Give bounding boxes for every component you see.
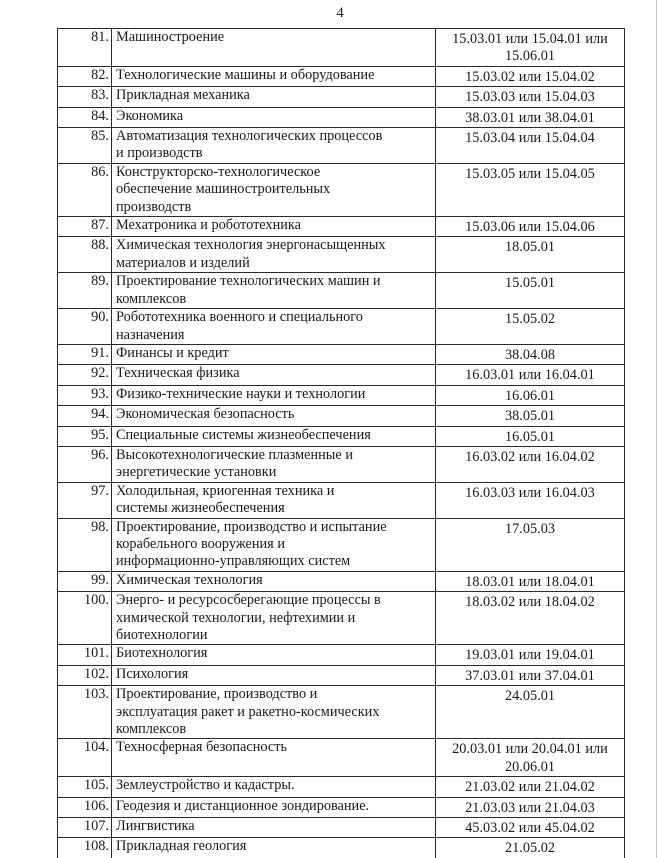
specialty-code: 15.03.04 или 15.04.04 (436, 128, 625, 164)
specialty-name: Химическая технология энергонасыщенных м… (112, 237, 436, 273)
table-row: 98. Проектирование, производство и испыт… (58, 518, 625, 571)
specialty-name: Специальные системы жизнеобеспечения (112, 426, 436, 446)
specialty-name: Технологические машины и оборудование (112, 66, 436, 86)
table-row: 100. Энерго- и ресурсосберегающие процес… (58, 592, 625, 645)
specialty-name: Экономическая безопасность (112, 406, 436, 426)
specialty-code: 21.05.02 (436, 838, 625, 858)
table-row: 88. Химическая технология энергонасыщенн… (58, 237, 625, 273)
table-row: 84. Экономика 38.03.01 или 38.04.01 (58, 107, 625, 127)
specialty-name: Высокотехнологические плазменные и энерг… (112, 446, 436, 482)
table-row: 81. Машиностроение 15.03.01 или 15.04.01… (58, 29, 625, 67)
specialty-code: 21.03.03 или 21.04.03 (436, 797, 625, 817)
row-number: 104. (58, 739, 112, 777)
specialty-code: 18.03.01 или 18.04.01 (436, 571, 625, 591)
specialty-name: Проектирование технологических машин и к… (112, 273, 436, 309)
specialty-name: Психология (112, 665, 436, 685)
specialty-name: Прикладная механика (112, 87, 436, 107)
specialty-code: 15.05.01 (436, 273, 625, 309)
specialty-name: Экономика (112, 107, 436, 127)
table-row: 103. Проектирование, производство и эксп… (58, 686, 625, 739)
specialty-name: Машиностроение (112, 29, 436, 67)
row-number: 106. (58, 797, 112, 817)
table-row: 97. Холодильная, криогенная техника и си… (58, 482, 625, 518)
specialty-code: 18.03.02 или 18.04.02 (436, 592, 625, 645)
table-row: 83. Прикладная механика 15.03.03 или 15.… (58, 87, 625, 107)
specialty-name: Техническая физика (112, 365, 436, 385)
specialty-name: Лингвистика (112, 818, 436, 838)
table-row: 101. Биотехнология 19.03.01 или 19.04.01 (58, 645, 625, 665)
specialty-name: Техносферная безопасность (112, 739, 436, 777)
row-number: 92. (58, 365, 112, 385)
specialty-code: 18.05.01 (436, 237, 625, 273)
specialty-code: 38.05.01 (436, 406, 625, 426)
table-row: 86. Конструкторско-технологическое обесп… (58, 163, 625, 216)
row-number: 90. (58, 309, 112, 345)
specialty-code: 38.03.01 или 38.04.01 (436, 107, 625, 127)
table-row: 85. Автоматизация технологических процес… (58, 128, 625, 164)
specialty-name: Геодезия и дистанционное зондирование. (112, 797, 436, 817)
specialty-name: Холодильная, криогенная техника и систем… (112, 482, 436, 518)
specialty-name: Автоматизация технологических процессов … (112, 128, 436, 164)
row-number: 81. (58, 29, 112, 67)
specialty-code: 15.05.02 (436, 309, 625, 345)
specialty-code: 16.06.01 (436, 385, 625, 405)
specialty-name: Прикладная геология (112, 838, 436, 858)
specialty-code: 17.05.03 (436, 518, 625, 571)
specialties-table: 81. Машиностроение 15.03.01 или 15.04.01… (57, 28, 625, 858)
specialty-name: Мехатроника и робототехника (112, 217, 436, 237)
table-row: 95. Специальные системы жизнеобеспечения… (58, 426, 625, 446)
row-number: 105. (58, 777, 112, 797)
specialty-code: 37.03.01 или 37.04.01 (436, 665, 625, 685)
specialty-code: 19.03.01 или 19.04.01 (436, 645, 625, 665)
table-body: 81. Машиностроение 15.03.01 или 15.04.01… (58, 29, 625, 858)
row-number: 82. (58, 66, 112, 86)
specialty-code: 15.03.01 или 15.04.01 или 15.06.01 (436, 29, 625, 67)
row-number: 102. (58, 665, 112, 685)
table-row: 105. Землеустройство и кадастры. 21.03.0… (58, 777, 625, 797)
specialty-code: 16.05.01 (436, 426, 625, 446)
specialty-code: 15.03.02 или 15.04.02 (436, 66, 625, 86)
specialty-code: 16.03.03 или 16.04.03 (436, 482, 625, 518)
specialty-code: 16.03.02 или 16.04.02 (436, 446, 625, 482)
table-row: 89. Проектирование технологических машин… (58, 273, 625, 309)
row-number: 89. (58, 273, 112, 309)
table-row: 82. Технологические машины и оборудовани… (58, 66, 625, 86)
table-row: 108. Прикладная геология 21.05.02 (58, 838, 625, 858)
row-number: 98. (58, 518, 112, 571)
specialty-code: 15.03.03 или 15.04.03 (436, 87, 625, 107)
specialty-code: 38.04.08 (436, 344, 625, 364)
row-number: 86. (58, 163, 112, 216)
specialty-name: Проектирование, производство и испытание… (112, 518, 436, 571)
specialty-name: Робототехника военного и специального на… (112, 309, 436, 345)
specialty-name: Финансы и кредит (112, 344, 436, 364)
row-number: 88. (58, 237, 112, 273)
row-number: 97. (58, 482, 112, 518)
specialty-name: Физико-технические науки и технологии (112, 385, 436, 405)
table-row: 104. Техносферная безопасность 20.03.01 … (58, 739, 625, 777)
table-row: 87. Мехатроника и робототехника 15.03.06… (58, 217, 625, 237)
row-number: 93. (58, 385, 112, 405)
page-edge (656, 0, 657, 858)
specialty-name: Биотехнология (112, 645, 436, 665)
table-row: 93. Физико-технические науки и технологи… (58, 385, 625, 405)
row-number: 101. (58, 645, 112, 665)
specialty-code: 45.03.02 или 45.04.02 (436, 818, 625, 838)
table-row: 90. Робототехника военного и специальног… (58, 309, 625, 345)
row-number: 91. (58, 344, 112, 364)
page-number: 4 (0, 4, 659, 22)
table-row: 99. Химическая технология 18.03.01 или 1… (58, 571, 625, 591)
row-number: 84. (58, 107, 112, 127)
specialty-code: 16.03.01 или 16.04.01 (436, 365, 625, 385)
table-row: 96. Высокотехнологические плазменные и э… (58, 446, 625, 482)
specialty-code: 20.03.01 или 20.04.01 или 20.06.01 (436, 739, 625, 777)
row-number: 96. (58, 446, 112, 482)
specialty-code: 24.05.01 (436, 686, 625, 739)
table-row: 91. Финансы и кредит 38.04.08 (58, 344, 625, 364)
specialty-name: Землеустройство и кадастры. (112, 777, 436, 797)
table-row: 107. Лингвистика 45.03.02 или 45.04.02 (58, 818, 625, 838)
row-number: 83. (58, 87, 112, 107)
specialty-code: 15.03.05 или 15.04.05 (436, 163, 625, 216)
row-number: 94. (58, 406, 112, 426)
table-row: 94. Экономическая безопасность 38.05.01 (58, 406, 625, 426)
specialty-name: Химическая технология (112, 571, 436, 591)
table-row: 102. Психология 37.03.01 или 37.04.01 (58, 665, 625, 685)
row-number: 99. (58, 571, 112, 591)
table-row: 106. Геодезия и дистанционное зондирован… (58, 797, 625, 817)
row-number: 107. (58, 818, 112, 838)
specialty-name: Энерго- и ресурсосберегающие процессы в … (112, 592, 436, 645)
specialty-name: Конструкторско-технологическое обеспечен… (112, 163, 436, 216)
specialty-code: 15.03.06 или 15.04.06 (436, 217, 625, 237)
row-number: 100. (58, 592, 112, 645)
row-number: 85. (58, 128, 112, 164)
row-number: 103. (58, 686, 112, 739)
row-number: 87. (58, 217, 112, 237)
specialty-code: 21.03.02 или 21.04.02 (436, 777, 625, 797)
specialty-name: Проектирование, производство и эксплуата… (112, 686, 436, 739)
row-number: 95. (58, 426, 112, 446)
row-number: 108. (58, 838, 112, 858)
table-row: 92. Техническая физика 16.03.01 или 16.0… (58, 365, 625, 385)
